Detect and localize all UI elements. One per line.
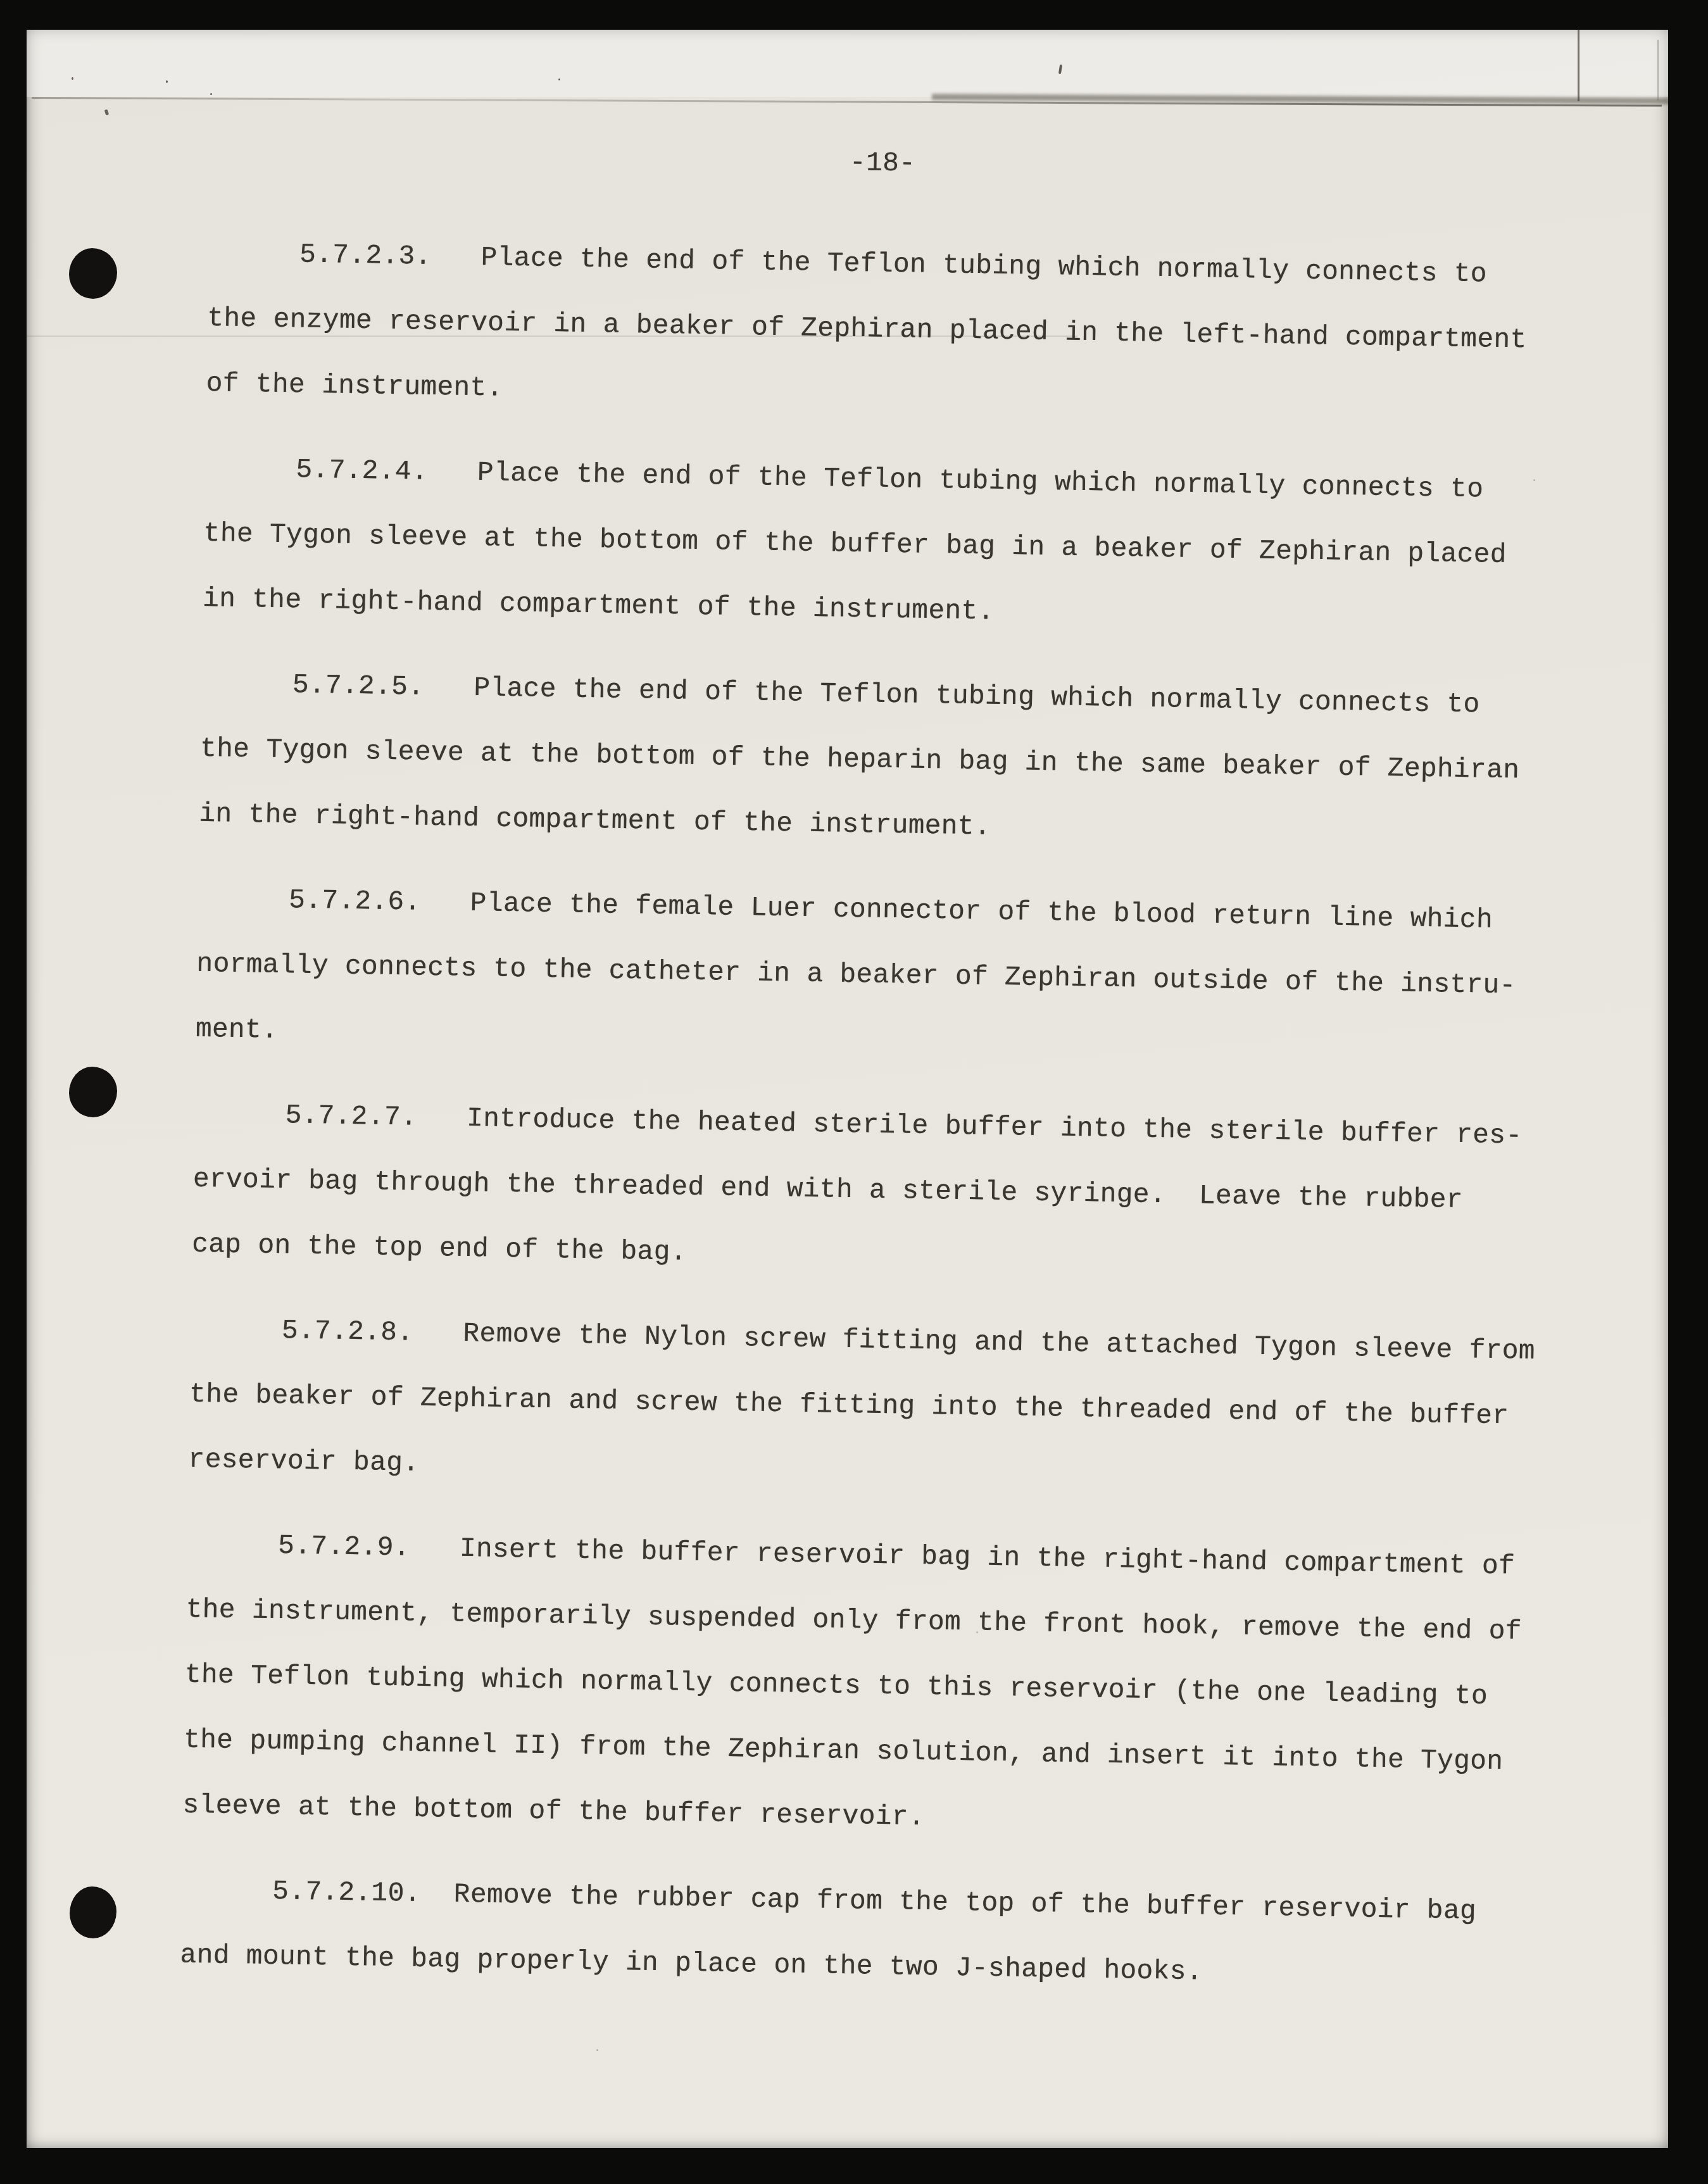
scan-speck — [457, 745, 459, 747]
scan-speck — [976, 1631, 978, 1633]
scan-overlap-strip — [27, 30, 1668, 97]
scan-background: { "theme": { "scan_background": "#0b0b0a… — [0, 0, 1708, 2184]
paragraph: 5.7.2.7. Introduce the heated sterile bu… — [191, 1081, 1593, 1300]
scan-speck — [596, 2049, 598, 2051]
paragraph: 5.7.2.5. Place the end of the Teflon tub… — [199, 651, 1601, 870]
scan-speck — [166, 80, 168, 83]
paragraph: 5.7.2.4. Place the end of the Teflon tub… — [202, 436, 1604, 655]
fold-mark-faint — [1657, 40, 1659, 101]
scan-speck — [558, 78, 560, 80]
page-number: -18- — [849, 135, 915, 191]
scan-speck — [72, 77, 73, 80]
paragraph: 5.7.2.9. Insert the buffer reservoir bag… — [182, 1512, 1586, 1861]
punch-hole — [69, 1067, 117, 1117]
scan-speck — [210, 93, 212, 95]
fold-mark — [1578, 30, 1579, 101]
paragraph: 5.7.2.8. Remove the Nylon screw fitting … — [188, 1296, 1590, 1516]
scan-speck — [1533, 479, 1535, 481]
document-page: -18- 5.7.2.3. Place the end of the Teflo… — [27, 30, 1668, 2148]
typewritten-text: 5.7.2.3. Place the end of the Teflon tub… — [179, 220, 1608, 2030]
scan-speck — [104, 109, 110, 115]
paragraph: 5.7.2.10. Remove the rubber cap from the… — [180, 1857, 1581, 2011]
punch-hole — [70, 1886, 116, 1938]
punch-hole — [69, 248, 117, 299]
paragraph: 5.7.2.3. Place the end of the Teflon tub… — [206, 220, 1608, 439]
paragraph: 5.7.2.6. Place the female Luer connector… — [195, 866, 1597, 1085]
